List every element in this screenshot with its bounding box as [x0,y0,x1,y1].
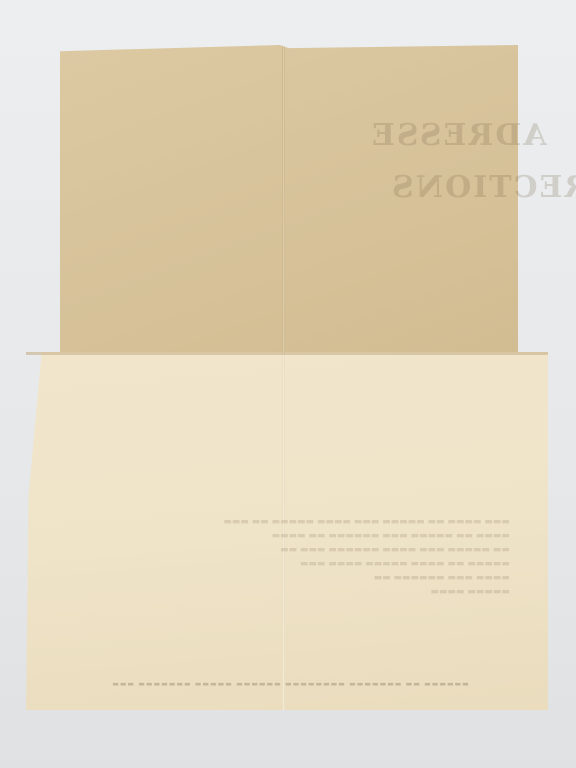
horizontal-crease [26,352,548,355]
bleed-through-footer: ▬▬▬▬▬▬ ▬▬ ▬▬▬▬▬▬▬ ▬▬▬▬▬▬▬▬ ▬▬▬▬▬▬ ▬▬▬▬▬ … [70,680,510,688]
bleed-through-paragraph: ▬▬▬ ▬▬▬▬ ▬▬ ▬▬▬▬▬ ▬▬▬ ▬▬▬▬ ▬▬▬▬▬ ▬▬ ▬▬▬▬… [90,515,510,599]
bleed-through-subtitle: DIRECTIONS [390,170,576,205]
vertical-fold [282,45,285,357]
bleed-through-title: ADRESSE [370,118,547,153]
